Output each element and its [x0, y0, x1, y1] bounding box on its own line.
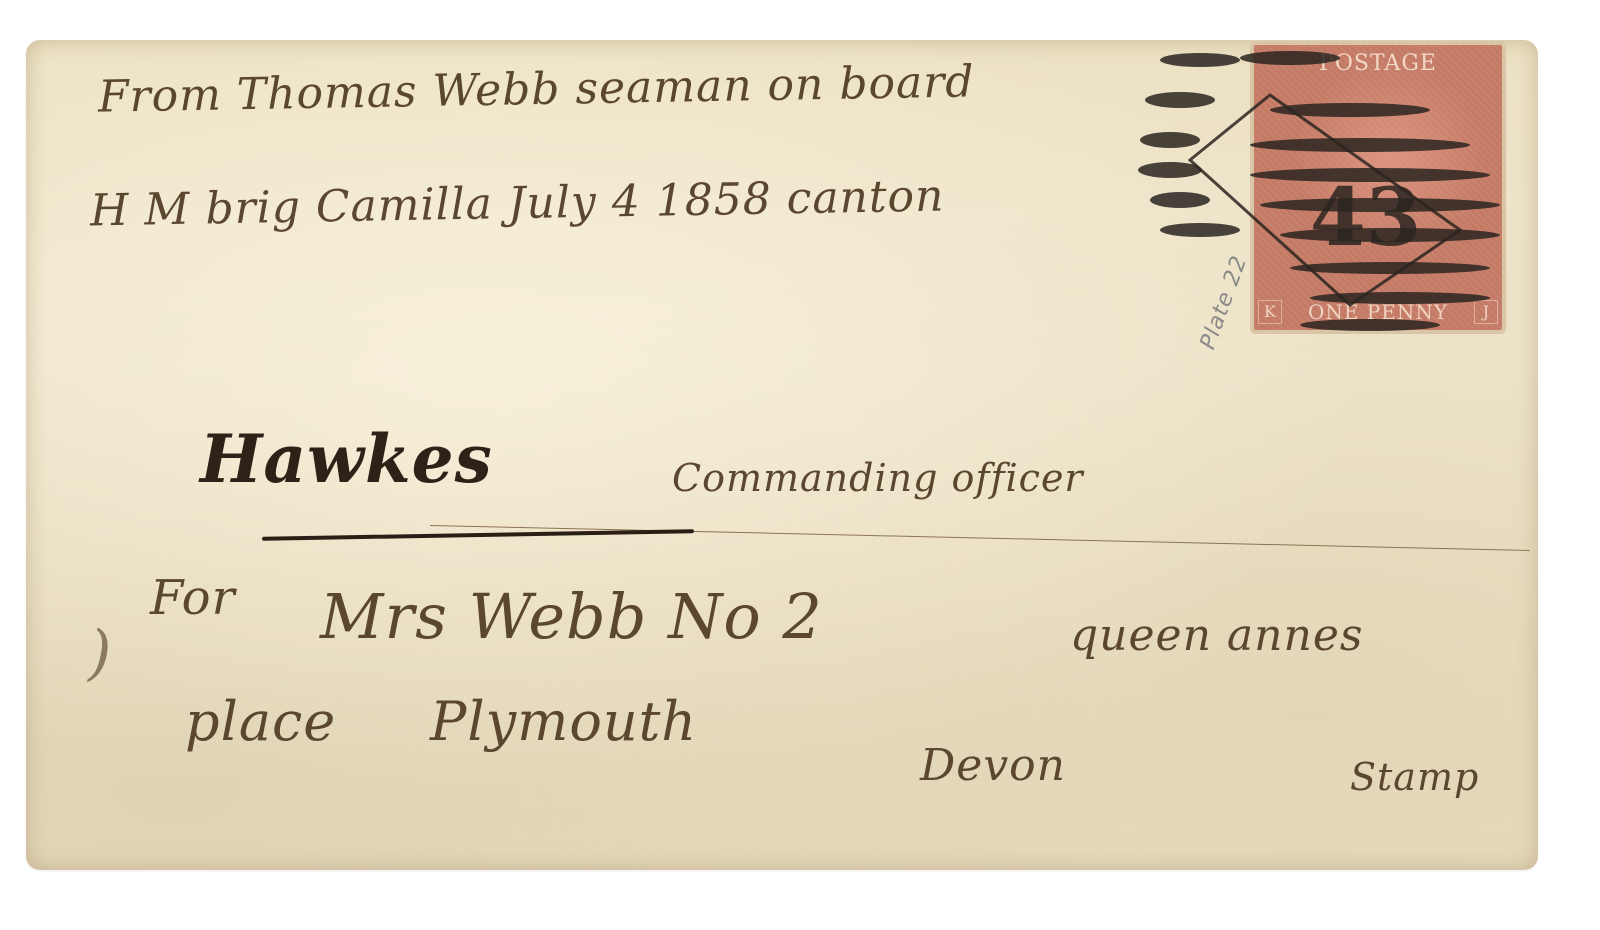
recipient-name: Mrs Webb No 2 — [320, 580, 823, 653]
address-place: place — [185, 690, 336, 753]
address-city: Plymouth — [430, 690, 697, 753]
address-street: queen annes — [1070, 610, 1363, 661]
addressee-name: Hawkes — [200, 420, 493, 498]
cancel-numeral: 43 — [1310, 170, 1421, 264]
address-note: Stamp — [1350, 755, 1479, 799]
addressee-title: Commanding officer — [672, 456, 1084, 500]
address-county: Devon — [920, 740, 1066, 791]
address-for: For — [150, 570, 236, 626]
margin-mark: ) — [88, 618, 112, 688]
barred-numeral-cancel-icon: 43 — [1120, 40, 1520, 340]
